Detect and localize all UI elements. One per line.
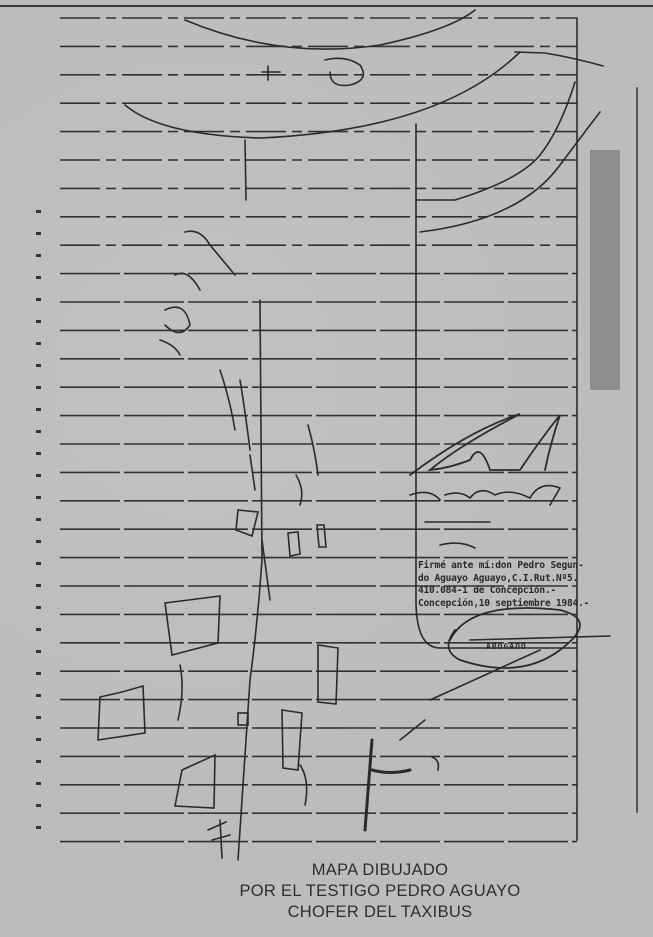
curve-4	[420, 112, 600, 232]
caption-line-2: POR EL TESTIGO PEDRO AGUAYO	[190, 881, 570, 902]
notary-line: Concepción,10 septiembre 1984.-	[418, 598, 628, 611]
notary-line: do Aguayo Aguayo,C.I.Rut.Nº5.	[418, 573, 628, 586]
figure-caption: MAPA DIBUJADO POR EL TESTIGO PEDRO AGUAY…	[190, 860, 570, 923]
hand-drawn-map	[0, 0, 653, 937]
signature-city	[440, 543, 475, 548]
ruled-lines	[60, 18, 577, 842]
caption-line-3: CHOFER DEL TAXIBUS	[190, 902, 570, 923]
building-2	[288, 532, 300, 556]
notary-line: Firmé ante mí:don Pedro Segun-	[418, 560, 628, 573]
building-6	[175, 755, 215, 808]
building-8	[282, 710, 302, 770]
main-road	[238, 300, 262, 860]
building-5	[98, 686, 145, 740]
road-branch	[262, 540, 270, 600]
curve-3	[416, 82, 575, 200]
road-stub	[245, 140, 246, 200]
building-7	[318, 645, 338, 704]
handwriting-calle	[160, 231, 235, 355]
notary-line: 410.084-1 de Concepción.-	[418, 585, 628, 598]
handwriting-puente-cross	[262, 66, 280, 80]
signature-name	[410, 486, 560, 505]
caption-line-1: MAPA DIBUJADO	[190, 860, 570, 881]
curve-1	[185, 10, 475, 49]
curve-5	[515, 52, 603, 66]
handwriting-puente	[325, 58, 363, 85]
margin-marks	[36, 210, 41, 829]
building-3	[317, 525, 326, 547]
handwriting-small	[296, 425, 318, 505]
handwriting-bottom	[208, 820, 230, 858]
notary-statement: Firmé ante mí:don Pedro Segun- do Aguayo…	[418, 560, 628, 610]
scanned-document: Firmé ante mí:don Pedro Segun- do Aguayo…	[0, 0, 653, 937]
notary-stamp: ABOGADO	[486, 642, 527, 651]
curve-2	[125, 52, 520, 138]
scan-noise-strip	[590, 150, 620, 390]
building-1	[236, 510, 258, 536]
building-4	[165, 596, 220, 655]
